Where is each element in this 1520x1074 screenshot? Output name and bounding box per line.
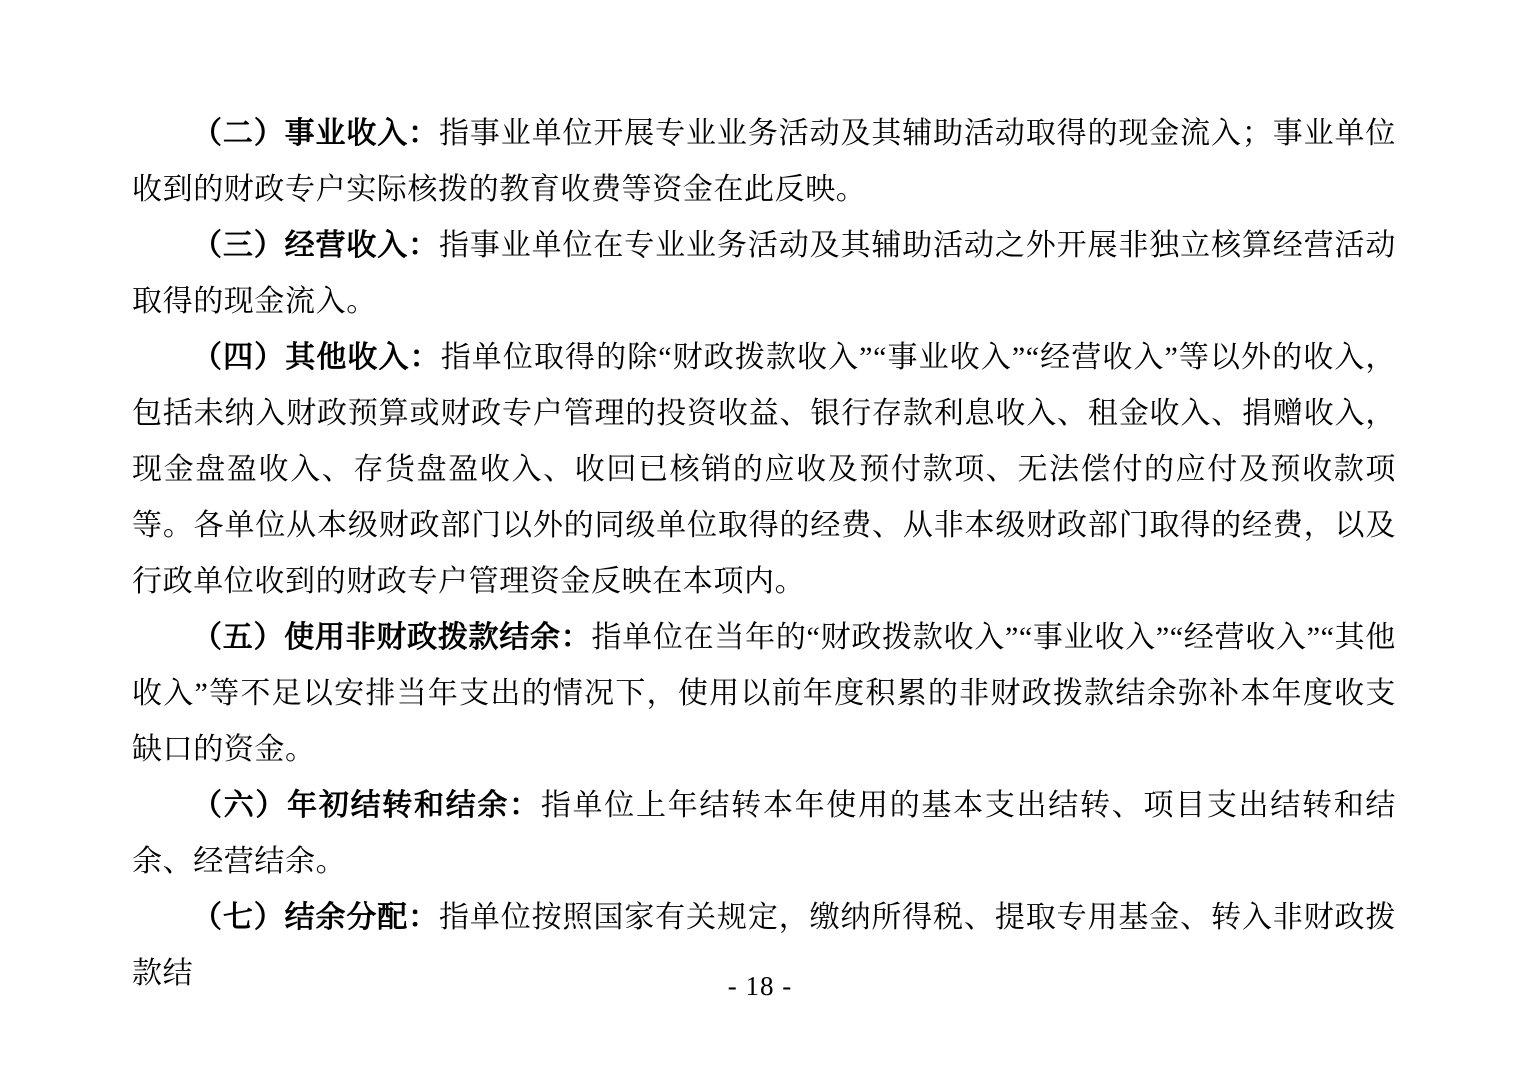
paragraph-heading: （二）事业收入：	[192, 117, 439, 150]
paragraph-heading: （七）结余分配：	[192, 901, 439, 934]
paragraph-other-income: （四）其他收入：指单位取得的除“财政拨款收入”“事业收入”“经营收入”等以外的收…	[132, 330, 1396, 610]
paragraph-carryover-surplus: （六）年初结转和结余：指单位上年结转本年使用的基本支出结转、项目支出结转和结余、…	[132, 778, 1396, 890]
paragraph-non-fiscal-surplus: （五）使用非财政拨款结余：指单位在当年的“财政拨款收入”“事业收入”“经营收入”…	[132, 610, 1396, 778]
paragraph-heading: （三）经营收入：	[192, 229, 439, 262]
paragraph-heading: （五）使用非财政拨款结余：	[192, 621, 591, 654]
paragraph-business-income: （二）事业收入：指事业单位开展专业业务活动及其辅助活动取得的现金流入；事业单位收…	[132, 106, 1396, 218]
paragraph-operating-income: （三）经营收入：指事业单位在专业业务活动及其辅助活动之外开展非独立核算经营活动取…	[132, 218, 1396, 330]
page-number: - 18 -	[0, 971, 1520, 1002]
document-page: （二）事业收入：指事业单位开展专业业务活动及其辅助活动取得的现金流入；事业单位收…	[0, 0, 1520, 1074]
document-content: （二）事业收入：指事业单位开展专业业务活动及其辅助活动取得的现金流入；事业单位收…	[132, 106, 1396, 1002]
paragraph-heading: （四）其他收入：	[192, 341, 441, 374]
paragraph-body: 指单位取得的除“财政拨款收入”“事业收入”“经营收入”等以外的收入，包括未纳入财…	[132, 341, 1396, 598]
paragraph-heading: （六）年初结转和结余：	[192, 789, 541, 822]
